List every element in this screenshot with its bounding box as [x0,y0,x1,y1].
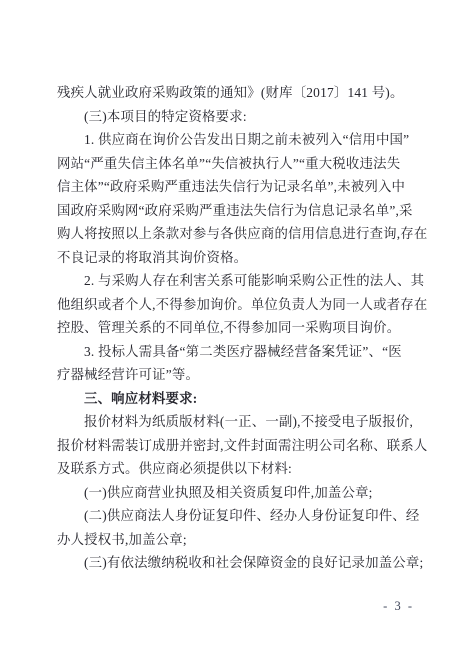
text-line: 控股、管理关系的不同单位,不得参加同一采购项目询价。 [57,316,429,340]
text-line: 办人授权书,加盖公章; [57,528,429,552]
text-line: 2. 与采购人存在利害关系可能影响采购公正性的法人、其 [57,269,429,293]
text-line: 网站“严重失信主体名单”“失信被执行人”“重大税收违法失 [57,152,429,176]
text-line: 报价材料为纸质版材料(一正、一副),不接受电子版报价, [57,410,429,434]
text-line: 购人将按照以上条款对参与各供应商的信用信息进行查询,存在 [57,222,429,246]
text-line: 国政府采购网“政府采购严重违法失信行为信息记录名单”,采 [57,199,429,223]
text-line: (一)供应商营业执照及相关资质复印件,加盖公章; [57,481,429,505]
document-body: 残疾人就业政府采购政策的通知》(财库〔2017〕141 号)。(三)本项目的特定… [57,81,429,575]
text-line: 残疾人就业政府采购政策的通知》(财库〔2017〕141 号)。 [57,81,429,105]
text-line: 疗器械经营许可证”等。 [57,363,429,387]
text-line: 信主体”“政府采购严重违法失信行为记录名单”,未被列入中 [57,175,429,199]
text-line: 不良记录的将取消其询价资格。 [57,246,429,270]
text-line: 三、响应材料要求: [57,387,429,411]
page-number: - 3 - [383,599,414,614]
text-line: 3. 投标人需具备“第二类医疗器械经营备案凭证”、“医 [57,340,429,364]
text-line: (三)本项目的特定资格要求: [57,105,429,129]
text-line: (三)有依法缴纳税收和社会保障资金的良好记录加盖公章; [57,551,429,575]
text-line: 及联系方式。供应商必须提供以下材料: [57,457,429,481]
text-line: 1. 供应商在询价公告发出日期之前未被列入“信用中国” [57,128,429,152]
text-line: (二)供应商法人身份证复印件、经办人身份证复印件、经 [57,504,429,528]
document-page: 残疾人就业政府采购政策的通知》(财库〔2017〕141 号)。(三)本项目的特定… [0,0,473,667]
text-line: 报价材料需装订成册并密封,文件封面需注明公司名称、联系人 [57,434,429,458]
text-line: 他组织或者个人,不得参加询价。单位负责人为同一人或者存在 [57,293,429,317]
